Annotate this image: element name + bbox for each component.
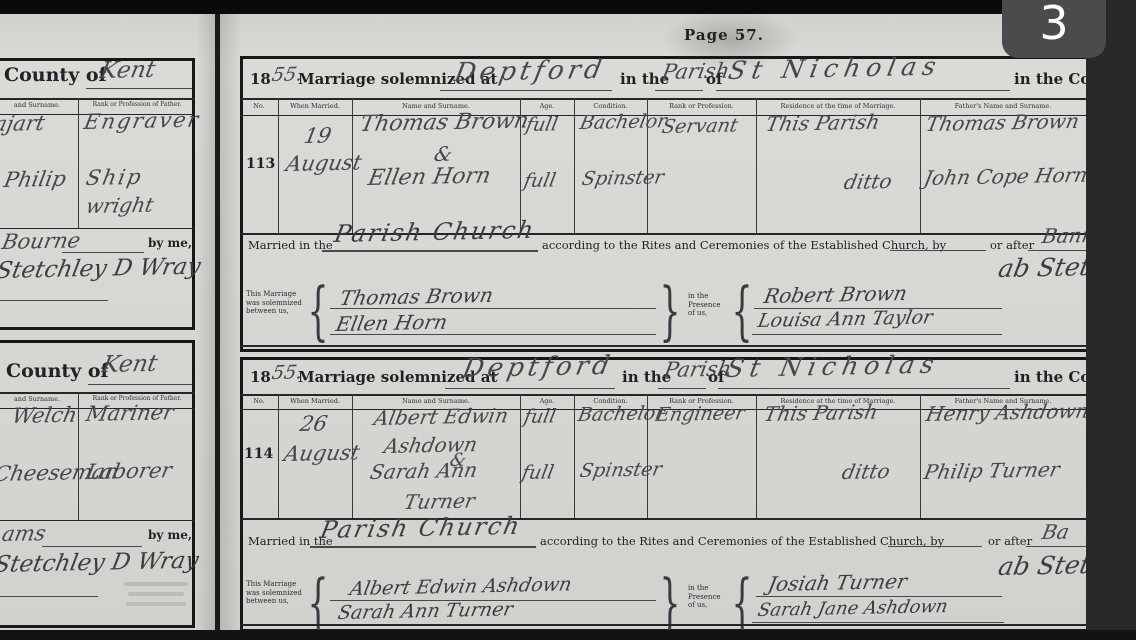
r1-entry-number: 113: [246, 156, 275, 172]
register-scan-viewer: County of Kent and Surname. Rank or Prof…: [0, 0, 1136, 640]
r2-bride-residence: ditto: [840, 459, 892, 484]
r2-groom-name-line1: Albert Edwin: [372, 403, 510, 430]
left-top-row1-rank: Engraver: [82, 108, 202, 134]
r2-brace-open-spouses: {: [308, 567, 329, 640]
faded-stamp: [126, 602, 186, 606]
left-bottom-row1-rank: Mariner: [84, 400, 176, 426]
r1-spouse-signature-2: Ellen Horn: [334, 310, 449, 336]
r1-when-day: 19: [302, 123, 333, 148]
left-top-row1-name: ajart: [0, 111, 47, 136]
r1-of-label: of: [706, 70, 722, 88]
r1-brace-open-spouses: {: [308, 275, 329, 349]
top-letterbox-bar: [0, 0, 1136, 14]
r1-col-residence: Residence at the time of Marriage.: [757, 103, 919, 111]
r1-groom-residence: This Parish: [764, 110, 882, 136]
r1-groom-age: full: [524, 113, 560, 136]
bottom-letterbox-bar: [0, 630, 1136, 640]
left-top-col-name-header: and Surname.: [0, 102, 74, 110]
left-top-byme-value: Bourne: [0, 228, 83, 254]
r2-col-age: Age.: [521, 398, 573, 406]
left-bottom-officiant-signature: Stetchley D Wray: [0, 548, 201, 578]
r1-bride-condition: Spinster: [580, 166, 666, 190]
r1-col-when: When Married.: [279, 103, 351, 111]
r1-spouse-signature-1: Thomas Brown: [338, 283, 495, 310]
left-top-row2-name: Philip: [2, 167, 68, 192]
r1-col-no: No.: [240, 103, 278, 111]
r1-groom-condition: Bachelor: [578, 110, 669, 134]
r2-col-when: When Married.: [279, 398, 351, 406]
r2-groom-condition: Bachelor: [576, 402, 667, 426]
faded-stamp: [128, 592, 184, 596]
r2-year-printed: 18: [250, 368, 271, 386]
r1-groom-father: Thomas Brown: [924, 109, 1081, 136]
r1-brace-open-witnesses: {: [732, 275, 753, 349]
r2-when-day: 26: [298, 411, 329, 436]
page-count-badge[interactable]: 3: [1002, 0, 1106, 58]
r2-bride-condition: Spinster: [578, 458, 664, 482]
r2-spouse-signature-1: Albert Edwin Ashdown: [348, 573, 574, 600]
r1-bride-father: John Cope Horn: [922, 163, 1090, 190]
r2-groom-rank: Engineer: [654, 402, 747, 426]
left-top-byme-label: by me,: [148, 236, 192, 250]
r2-according-label: according to the Rites and Ceremonies of…: [540, 534, 944, 548]
r2-officiant-signature: ab Stet: [996, 550, 1093, 581]
r1-place-handwritten: Deptford: [452, 55, 608, 88]
r1-church-handwritten: Parish Church: [332, 216, 538, 248]
r1-groom-name: Thomas Brown: [358, 109, 531, 137]
page-number-label: Page 57.: [684, 26, 764, 44]
r1-witness-signature-2: Louisa Ann Taylor: [756, 306, 935, 332]
r1-parish-name-handwritten: St Nicholas: [726, 52, 944, 85]
r1-col-condition: Condition.: [575, 103, 646, 111]
r2-groom-father: Henry Ashdown: [924, 399, 1091, 426]
r2-witness-signature-2: Sarah Jane Ashdown: [756, 596, 950, 621]
left-top-row2-rank-line1: Ship: [84, 165, 145, 190]
page-count-badge-number: 3: [1039, 0, 1068, 50]
r2-col-no: No.: [240, 398, 278, 406]
page-gutter: [215, 0, 220, 640]
left-bottom-byme-value: ams: [0, 521, 48, 546]
r2-banns-handwritten: Ba: [1040, 519, 1071, 544]
r2-solemnized-between-label: This Marriage was solemnized between us,: [246, 580, 302, 606]
r2-bride-name-line1: Sarah Ann: [368, 458, 480, 484]
r2-bride-age: full: [520, 461, 556, 484]
r2-church-handwritten: Parish Church: [318, 512, 524, 544]
r2-place-handwritten: Deptford: [460, 351, 616, 384]
r1-bride-age: full: [522, 169, 558, 192]
r1-bride-residence: ditto: [842, 169, 894, 194]
r1-witness-signature-1: Robert Brown: [762, 281, 909, 308]
r2-witness-signature-1: Josiah Turner: [766, 569, 909, 596]
right-letterbox-bar: [1086, 0, 1136, 640]
r2-brace-close-spouses: }: [660, 567, 681, 640]
r2-entry-number: 114: [244, 446, 273, 462]
left-bottom-county-value: Kent: [100, 351, 159, 378]
r2-parish-name-handwritten: St Nicholas: [724, 350, 942, 383]
r2-bride-name-line2: Turner: [402, 489, 477, 514]
left-bottom-byme-label: by me,: [148, 528, 192, 542]
r1-solemnized-between-label: This Marriage was solemnized between us,: [246, 290, 302, 316]
left-top-officiant-signature: Stetchley D Wray: [0, 254, 203, 284]
left-top-county-label: County of: [4, 64, 107, 86]
r2-groom-age: full: [522, 405, 558, 428]
r2-presence-label: in the Presence of us,: [688, 584, 728, 610]
r2-spouse-signature-2: Sarah Ann Turner: [336, 598, 515, 624]
left-bottom-row2-rank: Laborer: [84, 458, 174, 484]
r2-when-month: August: [282, 440, 362, 466]
faded-stamp: [124, 582, 188, 586]
r1-when-month: August: [284, 150, 364, 176]
left-bottom-row1-name: Welch: [10, 403, 79, 428]
left-top-county-value: Kent: [98, 57, 157, 84]
r1-year-printed: 18: [250, 70, 271, 88]
r2-brace-open-witnesses: {: [732, 567, 753, 640]
r1-groom-rank: Servant: [660, 114, 740, 138]
left-top-row2-rank-line2: wright: [84, 193, 156, 218]
r1-married-in-label: Married in the: [248, 238, 333, 252]
r1-bride-name: Ellen Horn: [366, 163, 493, 191]
r2-groom-residence: This Parish: [762, 400, 880, 426]
r2-of-label: of: [708, 368, 724, 386]
r1-according-label: according to the Rites and Ceremonies of…: [542, 238, 946, 252]
r1-brace-close-spouses: }: [660, 275, 681, 349]
left-bottom-county-label: County of: [6, 360, 109, 382]
r1-presence-label: in the Presence of us,: [688, 292, 728, 318]
r2-bride-father: Philip Turner: [922, 457, 1062, 484]
